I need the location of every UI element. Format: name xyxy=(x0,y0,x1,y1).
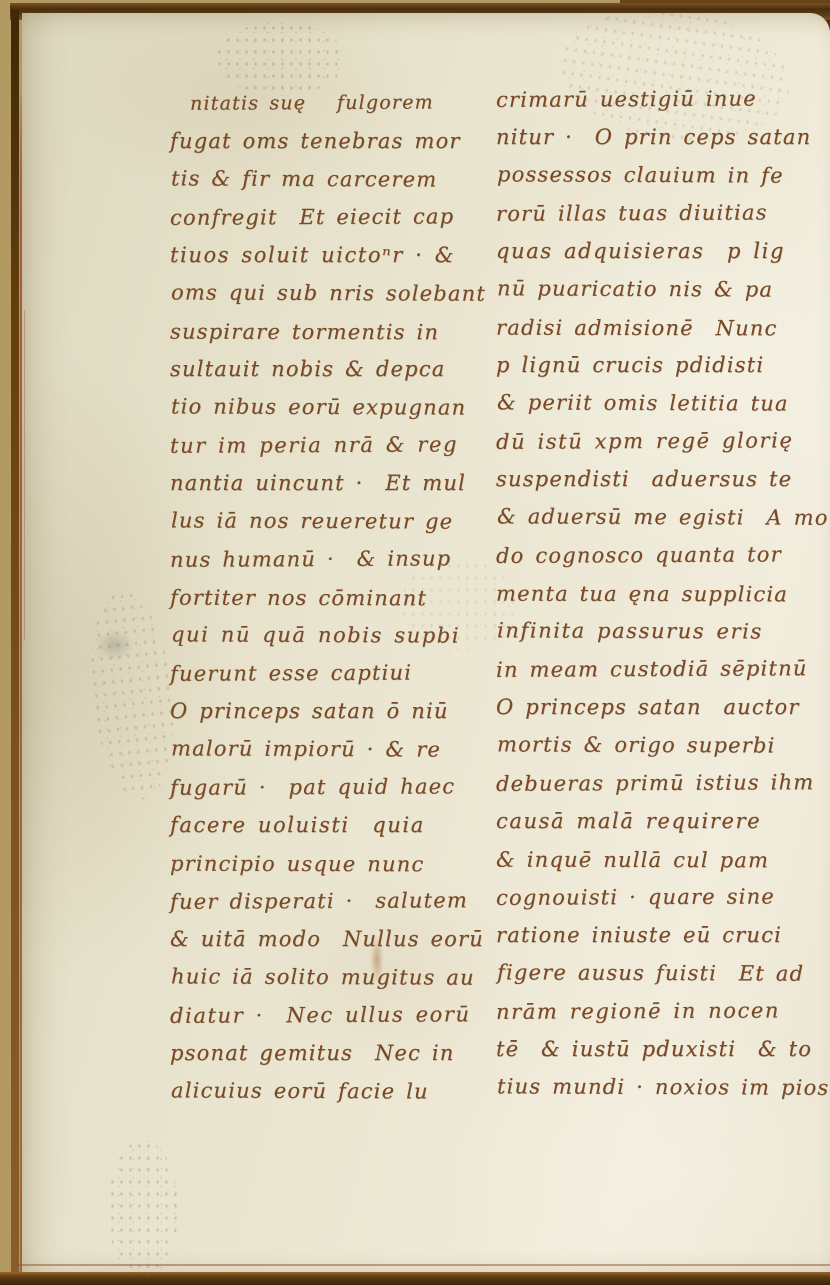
manuscript-text-line: tur im peria nrā & reg xyxy=(170,425,480,465)
manuscript-text-line: malorū impiorū · & re xyxy=(171,729,481,768)
manuscript-text-line: confregit Et eiecit cap xyxy=(170,197,480,237)
manuscript-text-line: dū istū xpm regē glorię xyxy=(496,421,821,461)
manuscript-text-line: & uitā modo Nullus eorū xyxy=(170,920,480,958)
manuscript-text-line: ratione iniuste eū cruci xyxy=(496,916,821,954)
manuscript-text-line: nū puaricatio nis & pa xyxy=(497,269,822,308)
manuscript-text-line: alicuius eorū facie lu xyxy=(171,1071,481,1110)
manuscript-page-photo: nitatis suę fulgoremfugat oms tenebras m… xyxy=(0,0,830,1285)
manuscript-text-line: nitur · O prin ceps satan xyxy=(496,118,821,156)
manuscript-text-line: in meam custodiā sēpitnū xyxy=(496,649,821,689)
manuscript-text-line: menta tua ęna supplicia xyxy=(496,575,821,614)
manuscript-text-line: figere ausus fuisti Et ad xyxy=(497,953,822,992)
manuscript-text-line: principio usque nunc xyxy=(170,845,480,884)
manuscript-text-line: diatur · Nec ullus eorū xyxy=(170,995,480,1035)
manuscript-text-line: nrām regionē in nocen xyxy=(496,991,821,1031)
manuscript-text-line: tio nibus eorū expugnan xyxy=(171,387,481,426)
manuscript-text-line: crimarū uestigiū inue xyxy=(496,79,821,119)
manuscript-text-line: radisi admisionē Nunc xyxy=(496,309,821,348)
manuscript-text-line: mortis & origo superbi xyxy=(497,725,822,764)
manuscript-text-line: fuer disperati · salutem xyxy=(170,881,480,921)
manuscript-text-line: lus iā nos reueretur ge xyxy=(171,501,481,540)
manuscript-text-line: tius mundi · noxios im pios xyxy=(497,1067,822,1106)
manuscript-text-line: & periit omis letitia tua xyxy=(497,383,822,422)
manuscript-text-line: qui nū quā nobis supbi xyxy=(171,615,481,654)
manuscript-text-line: nus humanū · & insup xyxy=(170,539,480,579)
page-edge-rule-vertical xyxy=(20,95,22,1277)
manuscript-text-line: nantia uincunt · Et mul xyxy=(170,464,480,502)
manuscript-text-line: fortiter nos cōminant xyxy=(170,579,480,618)
manuscript-text-line: infinita passurus eris xyxy=(497,611,822,650)
manuscript-text-line: fugat oms tenebras mor xyxy=(170,122,480,160)
manuscript-text-line: nitatis suę fulgorem xyxy=(170,83,480,123)
manuscript-text-line: p lignū crucis pdidisti xyxy=(496,346,821,384)
manuscript-text-line: sultauit nobis & depca xyxy=(170,350,480,388)
manuscript-text-line: & inquē nullā cul pam xyxy=(496,841,821,880)
manuscript-text-line: causā malā requirere xyxy=(496,802,821,840)
manuscript-text-line: fugarū · pat quid haec xyxy=(170,767,480,807)
manuscript-text-line: huic iā solito mugitus au xyxy=(171,957,481,996)
manuscript-text-line: debueras primū istius ihm xyxy=(496,763,821,803)
gray-stain xyxy=(96,630,134,660)
binding-edge-left xyxy=(11,10,19,1285)
manuscript-text-line: suspendisti aduersus te xyxy=(496,460,821,498)
page-edge-rule-vertical-faint xyxy=(24,310,25,640)
manuscript-text-line: O princeps satan auctor xyxy=(496,688,821,726)
manuscript-text-line: oms qui sub nris solebant xyxy=(171,273,481,312)
manuscript-text-line: quas adquisieras p lig xyxy=(496,232,821,270)
manuscript-text-line: rorū illas tuas diuitias xyxy=(496,193,821,233)
manuscript-text-line: do cognosco quanta tor xyxy=(496,535,821,575)
manuscript-text-line: tis & fir ma carcerem xyxy=(171,159,481,198)
manuscript-text-line: fuerunt esse captiui xyxy=(170,653,480,693)
parchment-speckle-stain xyxy=(108,1140,178,1280)
manuscript-text-line: tē & iustū pduxisti & to xyxy=(496,1030,821,1068)
binding-edge-bottom xyxy=(0,1272,830,1285)
manuscript-text-line: cognouisti · quare sine xyxy=(496,877,821,917)
manuscript-text-line: & aduersū me egisti A mo xyxy=(497,497,822,536)
manuscript-text-line: tiuos soluit uictoⁿr · & xyxy=(170,236,480,274)
text-column-right: crimarū uestigiū inuenitur · O prin ceps… xyxy=(496,80,821,1106)
manuscript-text-line: facere uoluisti quia xyxy=(170,806,480,844)
manuscript-text-line: suspirare tormentis in xyxy=(170,313,480,352)
manuscript-text-line: possessos clauium in fe xyxy=(497,155,822,194)
manuscript-text-line: psonat gemitus Nec in xyxy=(170,1034,480,1072)
manuscript-text-line: O princeps satan ō niū xyxy=(170,692,480,730)
text-column-left: nitatis suę fulgoremfugat oms tenebras m… xyxy=(170,84,480,1110)
